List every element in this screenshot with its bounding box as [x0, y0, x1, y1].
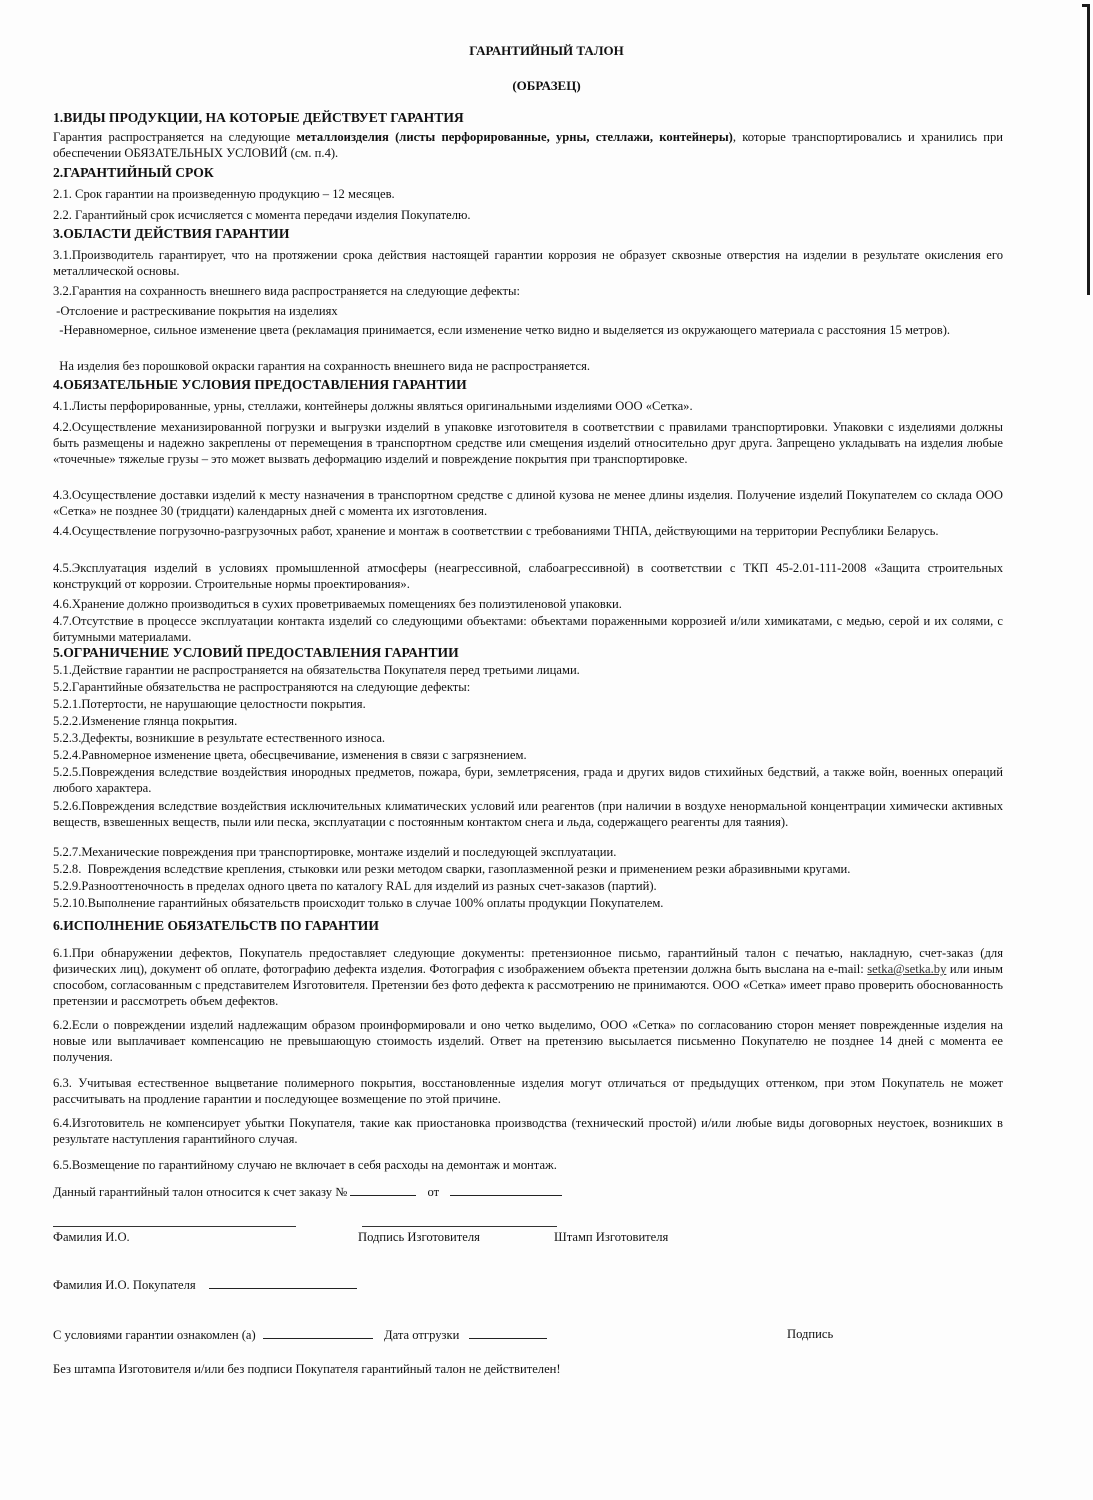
section-4-heading: 4.ОБЯЗАТЕЛЬНЫЕ УСЛОВИЯ ПРЕДОСТАВЛЕНИЯ ГА…	[53, 377, 1003, 393]
item-3-note: На изделия без порошковой окраски гарант…	[53, 358, 1003, 374]
invoice-label: Данный гарантийный талон относится к сче…	[53, 1185, 347, 1199]
item-4-3: 4.3.Осуществление доставки изделий к мес…	[53, 487, 1003, 519]
item-5-2-7: 5.2.7.Механические повреждения при транс…	[53, 844, 1003, 860]
item-2-1: 2.1. Срок гарантии на произведенную прод…	[53, 186, 1003, 202]
item-2-2: 2.2. Гарантийный срок исчисляется с моме…	[53, 207, 1003, 223]
item-5-2-5: 5.2.5.Повреждения вследствие воздействия…	[53, 764, 1003, 796]
email-link[interactable]: setka@setka.by	[867, 962, 946, 976]
item-4-6: 4.6.Хранение должно производиться в сухи…	[53, 596, 1003, 612]
item-6-1: 6.1.При обнаружении дефектов, Покупатель…	[53, 945, 1003, 1009]
invoice-number-field[interactable]	[350, 1183, 416, 1196]
invoice-from-label: от	[428, 1185, 440, 1199]
acknowledged-field[interactable]	[263, 1326, 373, 1339]
item-5-2-3: 5.2.3.Дефекты, возникшие в результате ес…	[53, 730, 1003, 746]
item-5-2-9: 5.2.9.Разнооттеночность в пределах одног…	[53, 878, 1003, 894]
item-5-2-10: 5.2.10.Выполнение гарантийных обязательс…	[53, 895, 1003, 911]
item-6-2: 6.2.Если о повреждении изделий надлежащи…	[53, 1017, 1003, 1065]
shipment-date-field[interactable]	[469, 1326, 547, 1339]
buyer-name-field[interactable]	[209, 1276, 357, 1289]
document-subtitle: (ОБРАЗЕЦ)	[0, 78, 1093, 94]
item-3-2-a: -Отслоение и растрескивание покрытия на …	[53, 303, 1003, 319]
item-3-2-b: -Неравномерное, сильное изменение цвета …	[53, 322, 1003, 338]
item-4-5: 4.5.Эксплуатация изделий в условиях пром…	[53, 560, 1003, 592]
item-4-1: 4.1.Листы перфорированные, урны, стеллаж…	[53, 398, 1003, 414]
section-1-heading: 1.ВИДЫ ПРОДУКЦИИ, НА КОТОРЫЕ ДЕЙСТВУЕТ Г…	[53, 110, 1003, 126]
item-3-2: 3.2.Гарантия на сохранность внешнего вид…	[53, 283, 1003, 299]
footer-note: Без штампа Изготовителя и/или без подпис…	[53, 1361, 561, 1377]
manufacturer-signature-line[interactable]	[362, 1226, 557, 1227]
item-4-4: 4.4.Осуществление погрузочно-разгрузочны…	[53, 523, 1003, 539]
item-6-1-text-pre: 6.1.При обнаружении дефектов, Покупатель…	[53, 946, 1003, 976]
acknowledgement-row: С условиями гарантии ознакомлен (а) Дата…	[53, 1326, 547, 1343]
item-5-2-8: 5.2.8. Повреждения вследствие крепления,…	[53, 861, 1003, 877]
item-6-5: 6.5.Возмещение по гарантийному случаю не…	[53, 1157, 1003, 1173]
item-5-2-2: 5.2.2.Изменение глянца покрытия.	[53, 713, 1003, 729]
manufacturer-sign-label: Подпись Изготовителя	[358, 1229, 480, 1245]
signature-label: Подпись	[787, 1326, 833, 1342]
item-5-2-1: 5.2.1.Потертости, не нарушающие целостно…	[53, 696, 1003, 712]
invoice-row: Данный гарантийный талон относится к сче…	[53, 1183, 562, 1200]
acknowledged-label: С условиями гарантии ознакомлен (а)	[53, 1328, 256, 1342]
document-title: ГАРАНТИЙНЫЙ ТАЛОН	[0, 43, 1093, 59]
invoice-date-field[interactable]	[450, 1183, 562, 1196]
section-2-heading: 2.ГАРАНТИЙНЫЙ СРОК	[53, 165, 1003, 181]
name-signature-line[interactable]	[53, 1226, 296, 1227]
buyer-name-label: Фамилия И.О. Покупателя	[53, 1278, 196, 1292]
manufacturer-stamp-label: Штамп Изготовителя	[554, 1229, 668, 1245]
warranty-card-page: ГАРАНТИЙНЫЙ ТАЛОН (ОБРАЗЕЦ) 1.ВИДЫ ПРОДУ…	[0, 0, 1093, 1500]
item-6-3: 6.3. Учитывая естественное выцветание по…	[53, 1075, 1003, 1107]
item-3-1: 3.1.Производитель гарантирует, что на пр…	[53, 247, 1003, 279]
buyer-name-row: Фамилия И.О. Покупателя	[53, 1276, 357, 1293]
s1-products-bold: металлоизделия (листы перфорированные, у…	[296, 130, 733, 144]
section-5-heading: 5.ОГРАНИЧЕНИЕ УСЛОВИЙ ПРЕДОСТАВЛЕНИЯ ГАР…	[53, 645, 1003, 661]
item-5-2-6: 5.2.6.Повреждения вследствие воздействия…	[53, 798, 1003, 830]
item-4-2: 4.2.Осуществление механизированной погру…	[53, 419, 1003, 467]
item-6-4: 6.4.Изготовитель не компенсирует убытки …	[53, 1115, 1003, 1147]
item-5-2-4: 5.2.4.Равномерное изменение цвета, обесц…	[53, 747, 1003, 763]
name-label: Фамилия И.О.	[53, 1229, 130, 1245]
section-6-heading: 6.ИСПОЛНЕНИЕ ОБЯЗАТЕЛЬСТВ ПО ГАРАНТИИ	[53, 918, 1003, 934]
shipment-date-label: Дата отгрузки	[384, 1328, 459, 1342]
section-3-heading: 3.ОБЛАСТИ ДЕЙСТВИЯ ГАРАНТИИ	[53, 226, 1003, 242]
s1-text-pre: Гарантия распространяется на следующие	[53, 130, 296, 144]
item-4-7: 4.7.Отсутствие в процессе эксплуатации к…	[53, 613, 1003, 645]
item-5-2: 5.2.Гарантийные обязательства не распрос…	[53, 679, 1003, 695]
item-5-1: 5.1.Действие гарантии не распространяетс…	[53, 662, 1003, 678]
section-1-paragraph: Гарантия распространяется на следующие м…	[53, 129, 1003, 161]
